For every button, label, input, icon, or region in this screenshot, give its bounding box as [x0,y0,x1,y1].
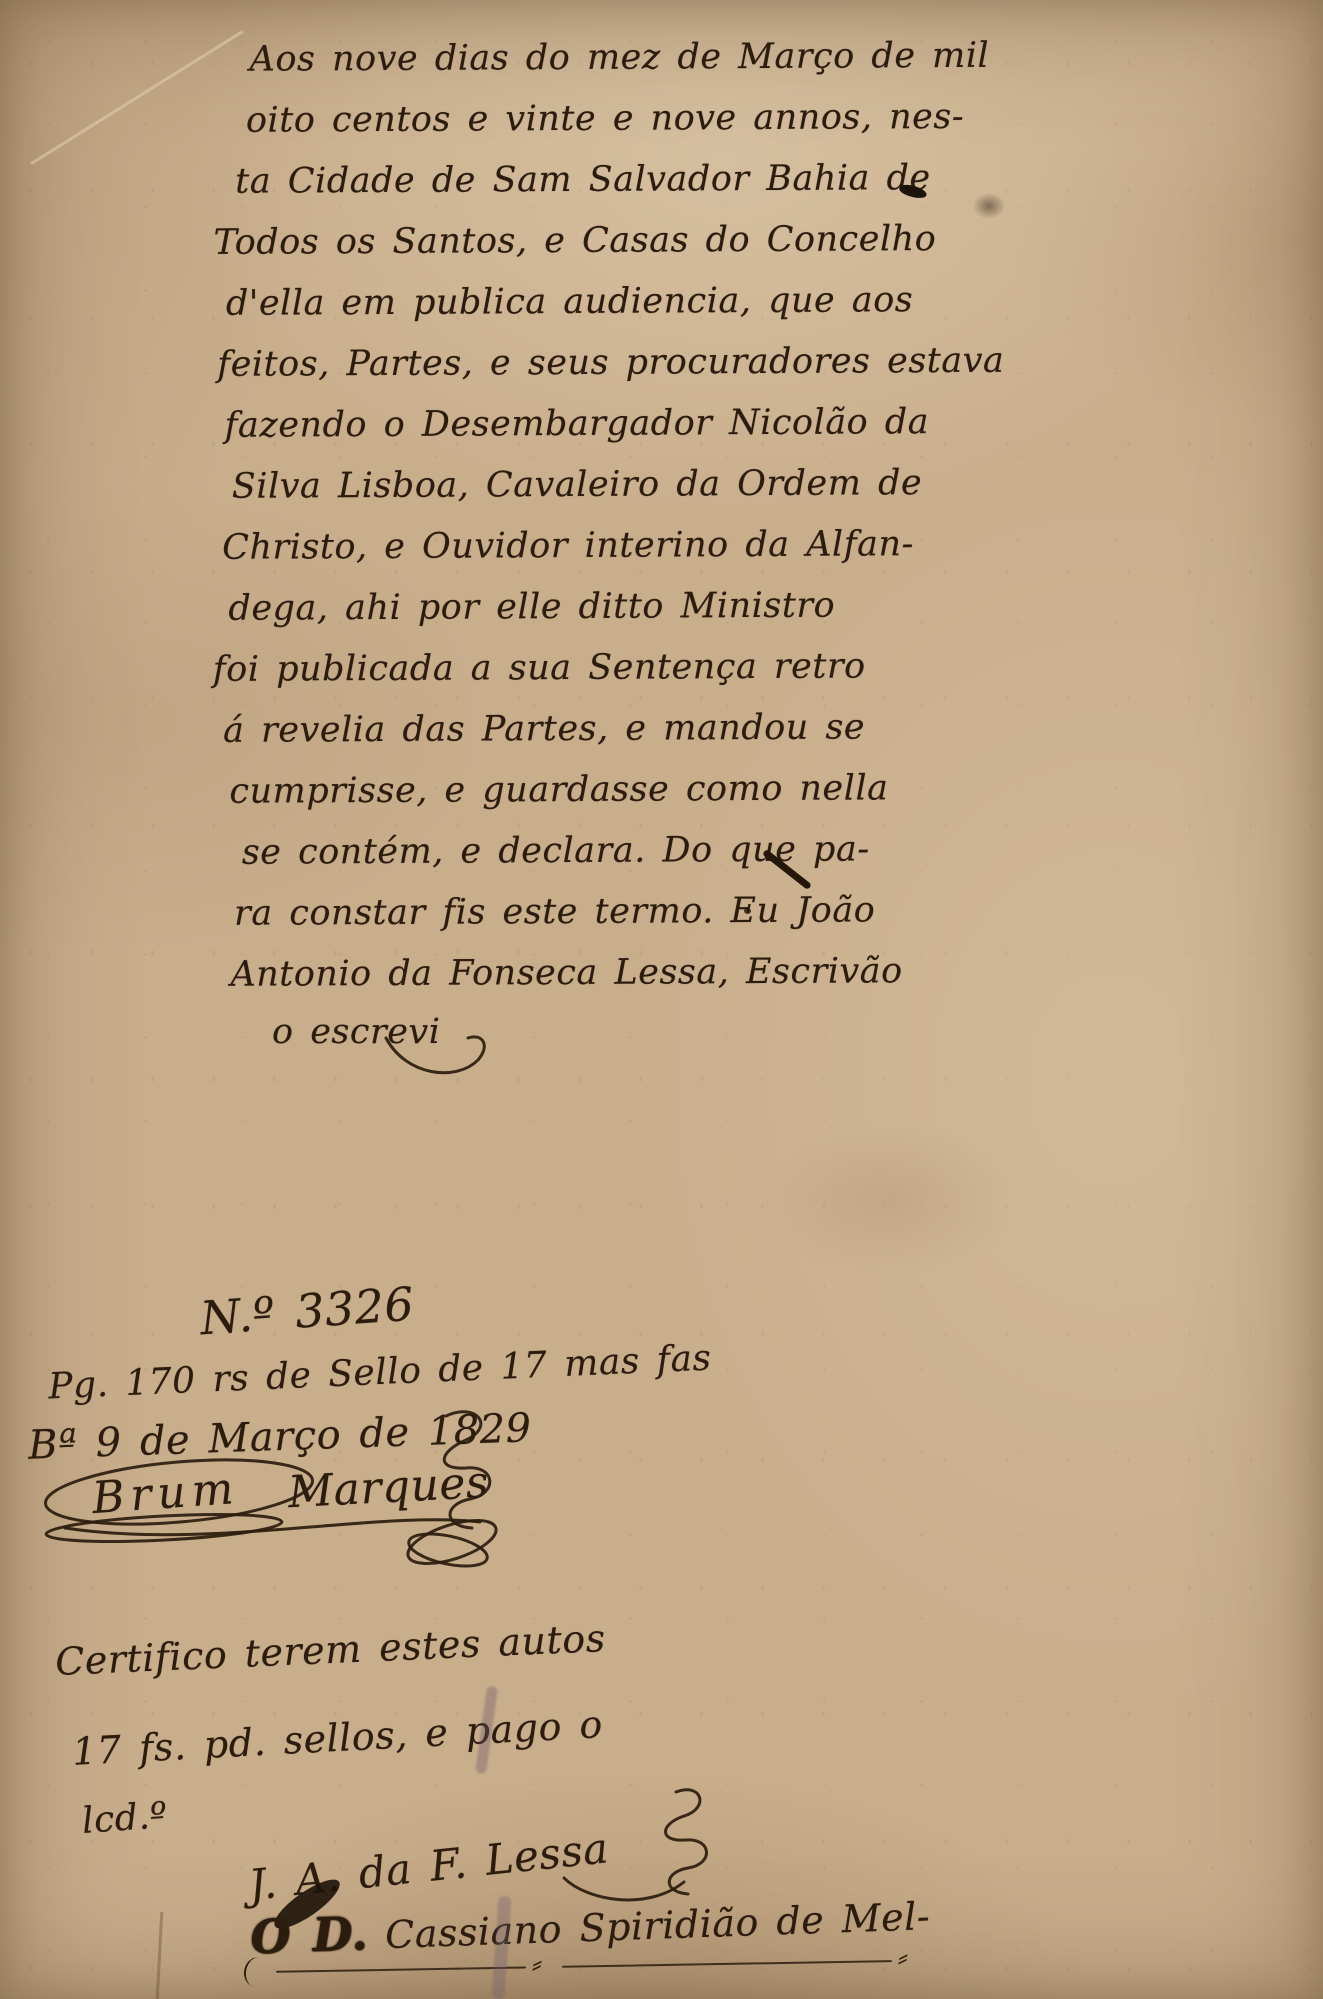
paper-crease [156,1912,164,1999]
signature-underline-flourish [60,1506,490,1546]
manuscript-line: d'ella em publica audiencia, que aos [226,270,929,335]
manuscript-body-text: Aos nove dias do mez de Março de miloito… [207,26,932,1006]
manuscript-line: oito centos e vinte e nove annos, nes- [246,87,928,152]
closing-flourish [378,1028,498,1088]
manuscript-line: Todos os Santos, e Casas do Concelho [213,209,928,274]
end-rule-mark: ⸗ [898,1939,909,1974]
end-rule-arc [241,1955,272,1989]
certification-abbreviation: lcd.º [81,1795,169,1842]
certification-line: Certifico terem estes autos [54,1616,606,1684]
manuscript-line: Aos nove dias do mez de Março de mil [249,26,927,91]
ink-smudge [744,908,751,914]
end-rule-segment [562,1960,892,1968]
manuscript-line: ra constar fis este termo. Eu João [234,880,932,945]
manuscript-line: se contém, e declara. Do que pa- [242,819,932,884]
manuscript-line: Christo, e Ouvidor interino da Alfan- [222,514,930,579]
paper-stain [974,194,1004,218]
registry-number: N.º 3326 [198,1277,415,1346]
end-rule-segment [276,1966,526,1972]
manuscript-line: Silva Lisboa, Cavaleiro da Ordem de [232,453,930,518]
end-rule-mark: ⸗ [532,1946,543,1981]
manuscript-line: foi publicada a sua Sentença retro [213,636,931,701]
paper-stain [760,1120,1020,1280]
document-page: Aos nove dias do mez de Março de miloito… [0,0,1323,1999]
certification-line: 17 fs. pd. sellos, e pago o [71,1702,604,1774]
manuscript-line: fazendo o Desembargador Nicolão da [224,392,929,457]
stamp-fee-line: Pg. 170 rs de Sello de 17 mas fas [47,1338,712,1408]
manuscript-line: Antonio da Fonseca Lessa, Escrivão [230,941,932,1006]
manuscript-line: ta Cidade de Sam Salvador Bahia de [235,148,928,213]
marques-rubric-flourish [388,1402,518,1582]
manuscript-line: cumprisse, e guardasse como nella [229,758,931,823]
manuscript-line: dega, ahi por elle ditto Ministro [228,575,930,640]
manuscript-line: á revelia das Partes, e mandou se [223,697,931,762]
manuscript-line: feitos, Partes, e seus procuradores esta… [217,331,929,396]
